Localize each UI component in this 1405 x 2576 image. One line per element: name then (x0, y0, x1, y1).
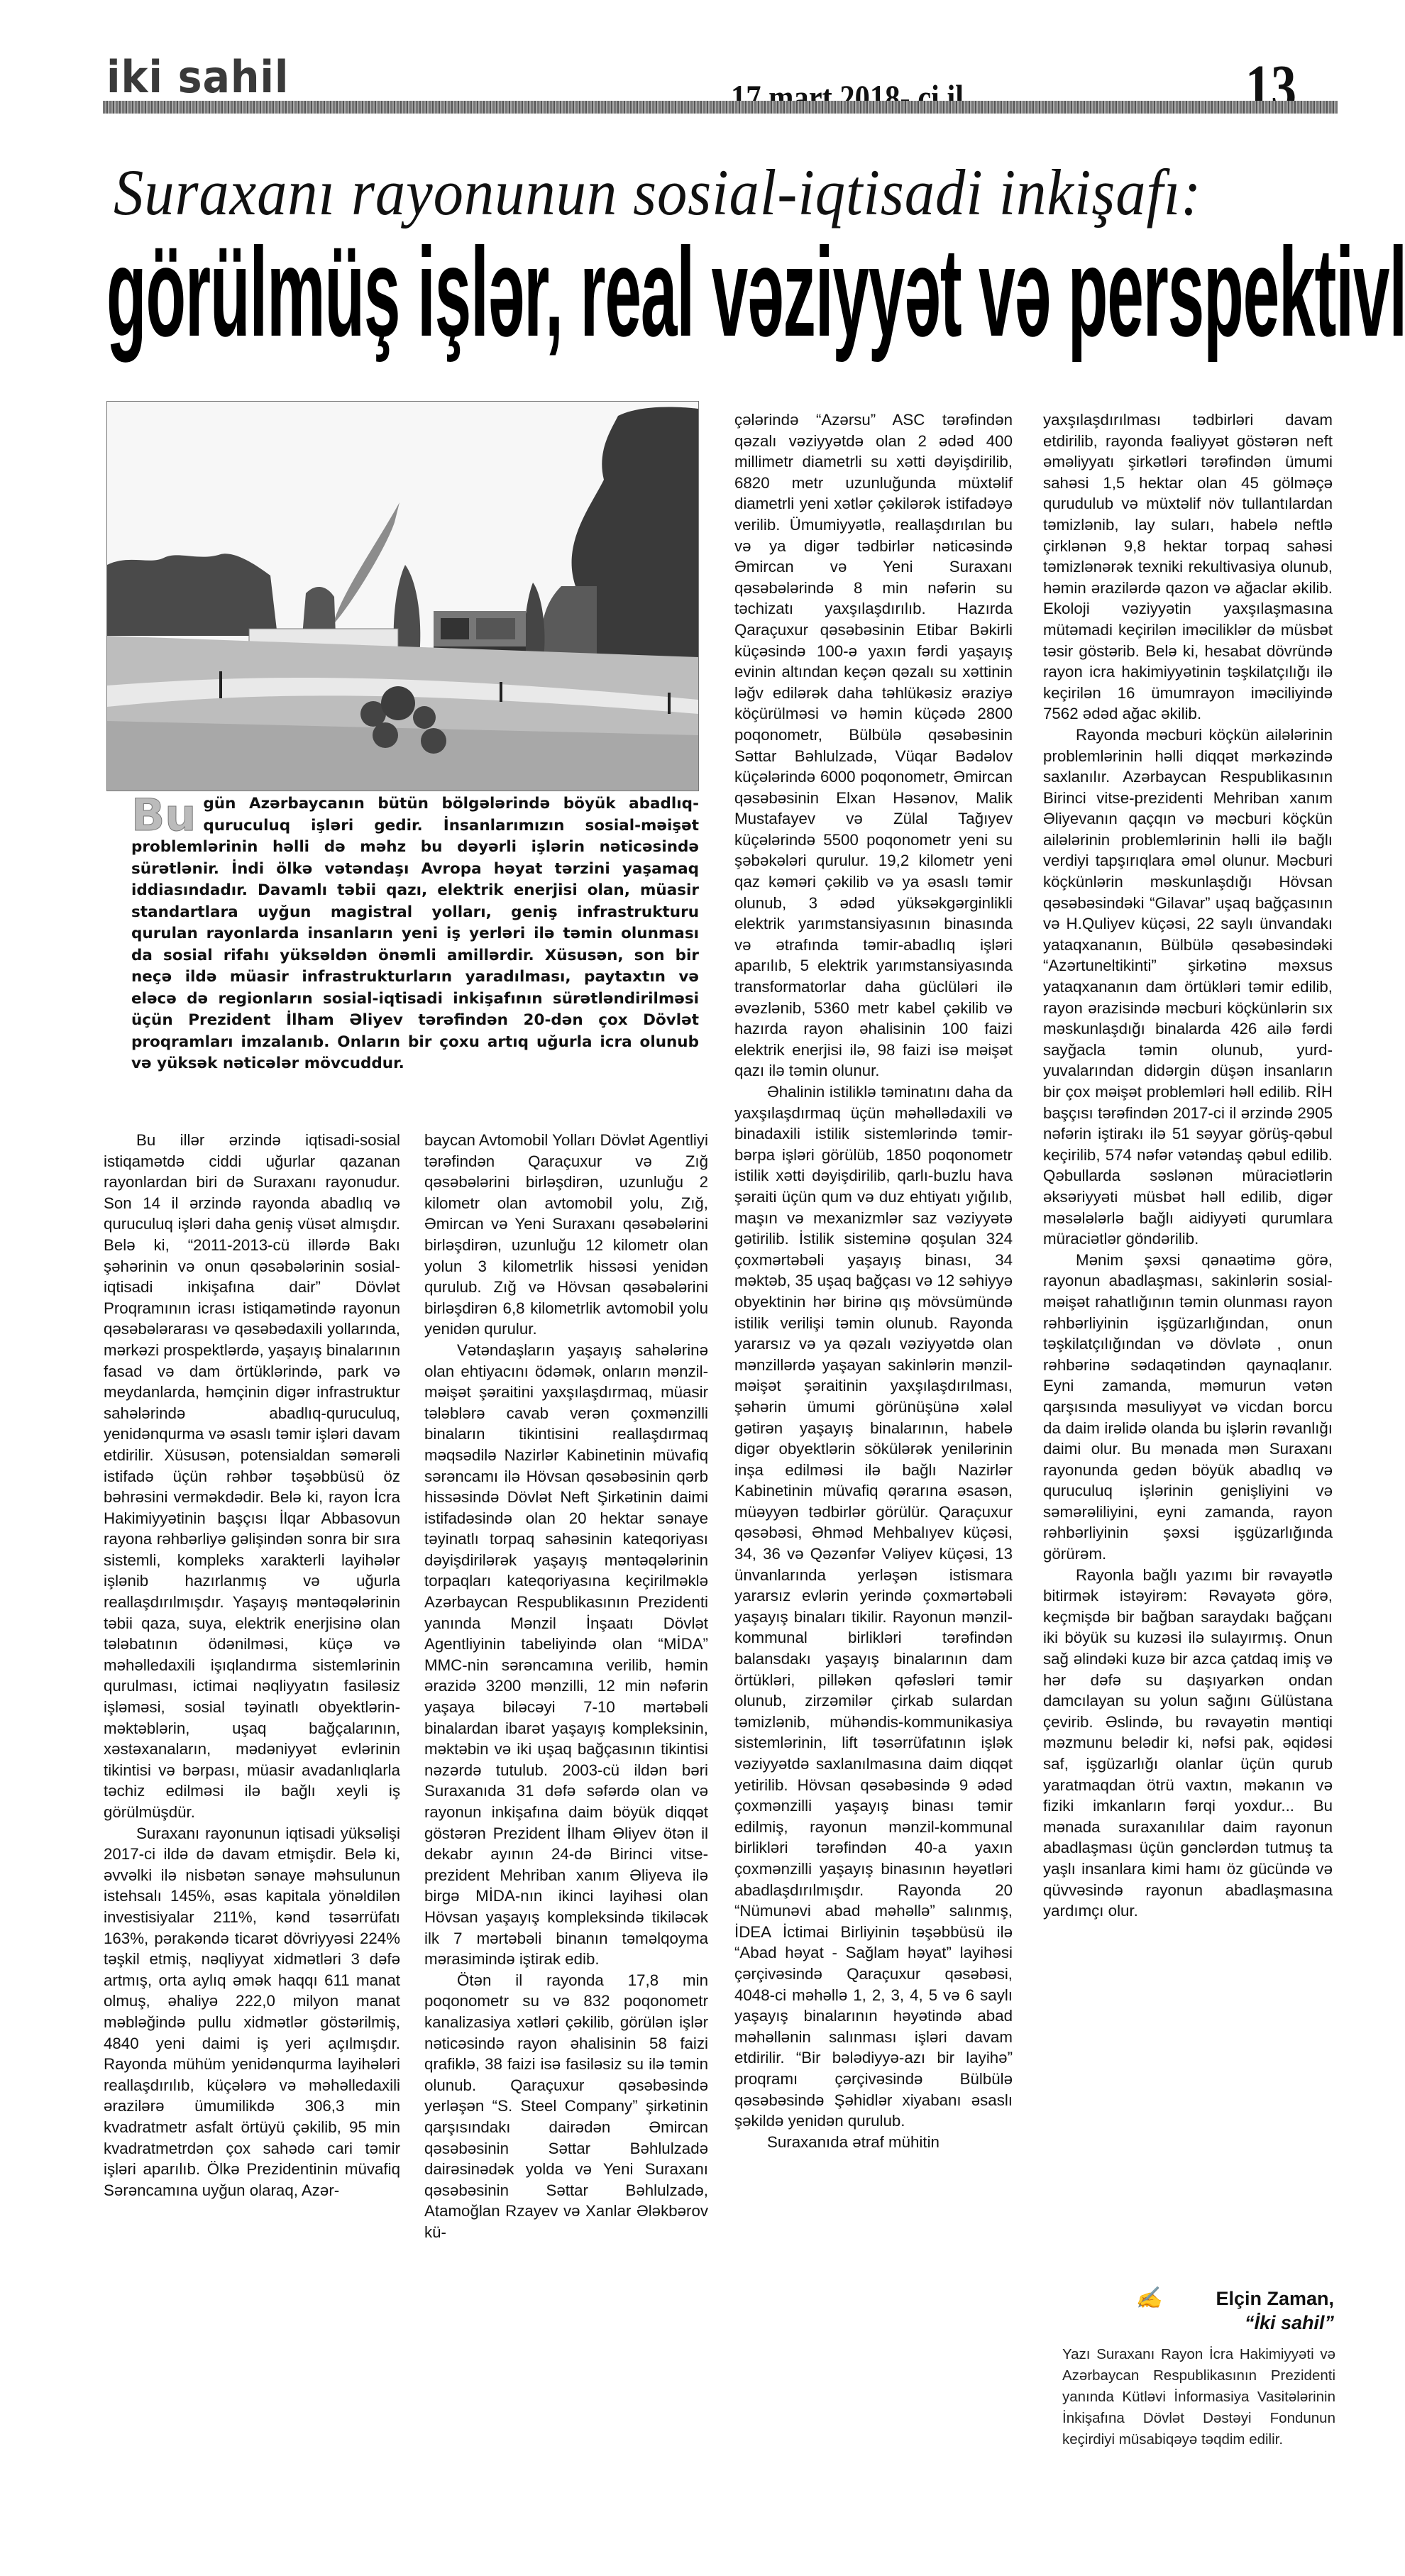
article-column-2: baycan Avtomobil Yolları Dövlət Agentliy… (424, 1130, 708, 2242)
paragraph: Mənim şəxsi qənaətimə görə, rayonun abad… (1043, 1250, 1333, 1565)
newspaper-logo: iki sahil (106, 51, 289, 103)
paragraph: Suraxanıda ətraf mühitin (734, 2132, 1013, 2153)
article-column-4: yaxşılaşdırılması tədbirləri davam etdir… (1043, 409, 1333, 1922)
byline: ✍ Elçin Zaman, “İki sahil” (1135, 2286, 1334, 2335)
paragraph: Suraxanı rayonunun iqtisadi yüksəlişi 20… (104, 1823, 400, 2201)
paragraph: Bu illər ərzində iqtisadi-sosial istiqam… (104, 1130, 400, 1823)
article-headline: görülmüş işlər, real vəziyyət və perspek… (106, 221, 756, 363)
header-rule (103, 101, 1338, 114)
paragraph: Vətəndaşların yaşayış sahələrinə olan eh… (424, 1340, 708, 1970)
footnote: Yazı Suraxanı Rayon İcra Hakimiyyəti və … (1062, 2344, 1335, 2450)
photo-park-flag-icon (107, 402, 698, 791)
intro-text: gün Azərbaycanın bütün bölgələrində böyü… (131, 795, 699, 1072)
paragraph: Əhalinin istiliklə təminatını daha da ya… (734, 1081, 1013, 2132)
paragraph: Rayonda məcburi köçkün ailələrinin probl… (1043, 725, 1333, 1250)
article-subtitle: Suraxanı rayonunun sosial-iqtisadi inkiş… (114, 155, 1250, 230)
pen-icon: ✍ (1135, 2286, 1162, 2311)
paragraph: Ötən il rayonda 17,8 min poqonometr su v… (424, 1970, 708, 2243)
article-intro: Bu gün Azərbaycanın bütün bölgələrində b… (131, 793, 699, 1075)
paragraph: çələrində “Azərsu” ASC tərəfindən qəzalı… (734, 409, 1013, 1081)
paragraph: baycan Avtomobil Yolları Dövlət Agentliy… (424, 1130, 708, 1340)
article-column-3: çələrində “Azərsu” ASC tərəfindən qəzalı… (734, 409, 1013, 2152)
author-name: Elçin Zaman, (1216, 2288, 1334, 2309)
drop-cap: Bu (131, 795, 196, 836)
paragraph: Rayonla bağlı yazımı bir rəvayətlə bitir… (1043, 1565, 1333, 1922)
publication-name: “İki sahil” (1135, 2311, 1334, 2335)
paragraph: yaxşılaşdırılması tədbirləri davam etdir… (1043, 409, 1333, 725)
article-column-1: Bu illər ərzində iqtisadi-sosial istiqam… (104, 1130, 400, 2201)
article-photo (106, 401, 699, 791)
